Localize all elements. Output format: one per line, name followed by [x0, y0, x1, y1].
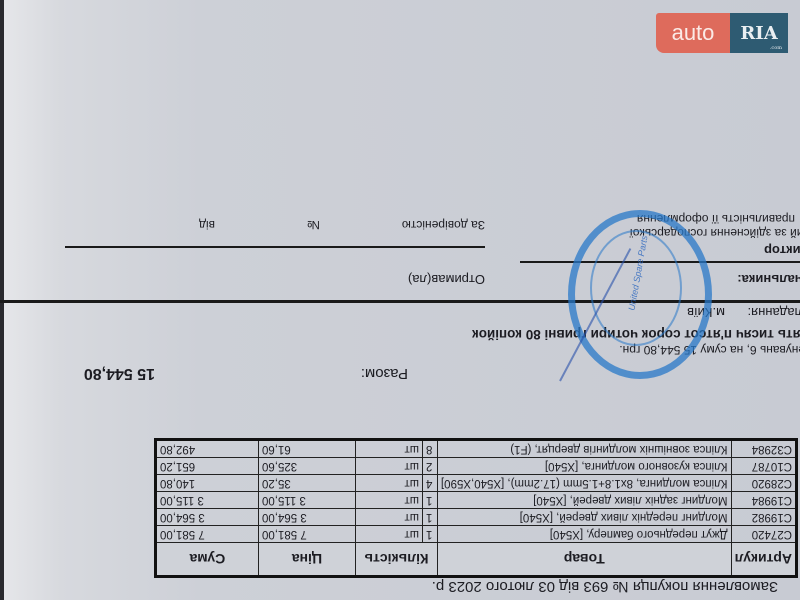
- cell-sum: 7 581,00: [155, 526, 258, 543]
- logo-ria: RIA .com: [730, 13, 788, 53]
- header-code: Артикул: [731, 543, 796, 577]
- cell-unit: шт: [355, 440, 422, 458]
- header-product: Товар: [437, 543, 731, 577]
- table-row: C32984Кліпса зовнішніх молдингів дверцят…: [155, 440, 796, 458]
- cell-name: Джут переднього бамперу, [X540]: [437, 526, 731, 543]
- cell-code: C32984: [731, 440, 796, 458]
- table-header-row: Артикул Товар Кількість Ціна Сума: [155, 543, 796, 577]
- cell-code: C28920: [731, 475, 796, 492]
- cell-price: 325,60: [258, 458, 355, 475]
- cell-qty: 2: [422, 458, 437, 475]
- header-quantity: Кількість: [355, 543, 437, 577]
- cell-code: C19984: [731, 492, 796, 509]
- cell-qty: 1: [422, 526, 437, 543]
- cell-unit: шт: [355, 475, 422, 492]
- table-row: C28920Кліпса молдинга, 8x1.8+1.5mm (17.2…: [155, 475, 796, 492]
- shipping-label: ...пладання:: [747, 305, 800, 320]
- cell-name: Кліпса молдинга, 8x1.8+1.5mm (17.2mm), […: [437, 475, 731, 492]
- autoria-watermark: auto RIA .com: [656, 13, 788, 53]
- cell-code: C27420: [731, 526, 796, 543]
- signature-line-right: [65, 246, 485, 248]
- proxy-label: За довіреністю: [402, 218, 485, 232]
- cell-code: C10787: [731, 458, 796, 475]
- total-value: 15 544,80: [84, 364, 155, 382]
- cell-name: Кліпса кузовного молдинга, [X540]: [437, 458, 731, 475]
- invoice-title: Замовлення покупця № 693 від 03 лютого 2…: [432, 578, 778, 595]
- cell-name: Молдинг задніх лівих дверей, [X540]: [437, 492, 731, 509]
- table-row: C27420Джут переднього бамперу, [X540]1шт…: [155, 526, 796, 543]
- cell-sum: 492,80: [155, 440, 258, 458]
- received-label: Отримав(ла): [408, 272, 485, 287]
- logo-ria-suffix: .com: [770, 45, 782, 51]
- total-label: Разом:: [361, 365, 408, 382]
- cell-qty: 1: [422, 492, 437, 509]
- items-table: Артикул Товар Кількість Ціна Сума C27420…: [154, 438, 798, 578]
- cell-sum: 3 564,00: [155, 509, 258, 526]
- table-row: C19984Молдинг задніх лівих дверей, [X540…: [155, 492, 796, 509]
- table-row: C19982Молдинг передніх лівих дверей, [X5…: [155, 509, 796, 526]
- cell-sum: 140,80: [155, 475, 258, 492]
- header-sum: Сума: [155, 543, 258, 577]
- cell-qty: 4: [422, 475, 437, 492]
- cell-code: C19982: [731, 509, 796, 526]
- cell-price: 7 581,00: [258, 526, 355, 543]
- cell-qty: 1: [422, 509, 437, 526]
- cell-sum: 3 115,00: [155, 492, 258, 509]
- cell-name: Кліпса зовнішніх молдингів дверцят, (F1): [437, 440, 731, 458]
- cell-sum: 651,20: [155, 458, 258, 475]
- cell-name: Молдинг передніх лівих дверей, [X540]: [437, 509, 731, 526]
- cell-price: 61,60: [258, 440, 355, 458]
- head-label: ...ачальника:: [737, 272, 800, 287]
- cell-unit: шт: [355, 492, 422, 509]
- cell-price: 3 115,00: [258, 492, 355, 509]
- proxy-date-label: від: [199, 218, 215, 232]
- cell-price: 3 564,00: [258, 509, 355, 526]
- logo-ria-text: RIA: [740, 23, 777, 44]
- cell-unit: шт: [355, 509, 422, 526]
- logo-auto: auto: [656, 13, 730, 53]
- header-price: Ціна: [258, 543, 355, 577]
- cell-unit: шт: [355, 526, 422, 543]
- table-row: C10787Кліпса кузовного молдинга, [X540]2…: [155, 458, 796, 475]
- responsible-name: Виктор: [764, 243, 800, 258]
- cell-unit: шт: [355, 458, 422, 475]
- cell-qty: 8: [422, 440, 437, 458]
- proxy-number-label: №: [307, 218, 320, 232]
- cell-price: 35,20: [258, 475, 355, 492]
